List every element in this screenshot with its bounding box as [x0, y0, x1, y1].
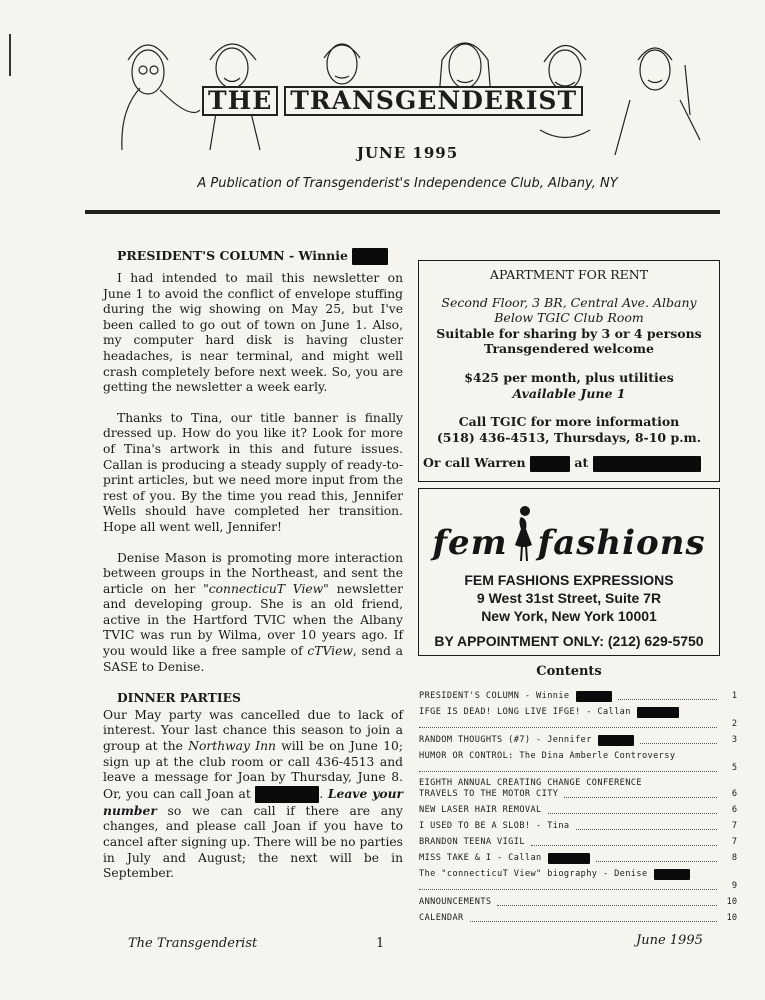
issue-date: JUNE 1995: [0, 144, 765, 162]
apartment-for-rent-ad: APARTMENT FOR RENT Second Floor, 3 BR, C…: [418, 260, 720, 482]
toc-item[interactable]: NEW LASER HAIR REMOVAL6: [419, 804, 737, 816]
toc-item[interactable]: RANDOM THOUGHTS (#7) - Jennifer3: [419, 734, 737, 746]
toc-item[interactable]: The "connecticuT View" biography - Denis…: [419, 868, 737, 892]
rent-price: $425 per month, plus utilities: [419, 370, 719, 386]
tgic-phone: (518) 436-4513, Thursdays, 8-10 p.m.: [419, 430, 719, 446]
redacted-name: [637, 707, 679, 718]
toc-item[interactable]: IFGE IS DEAD! LONG LIVE IFGE! - Callan 2: [419, 706, 737, 730]
toc-item[interactable]: PRESIDENT'S COLUMN - Winnie1: [419, 690, 737, 702]
footer-date: June 1995: [636, 933, 703, 948]
redacted-phone: [255, 786, 319, 803]
contents-title: Contents: [418, 664, 720, 679]
redacted-name: [352, 248, 388, 265]
table-of-contents: PRESIDENT'S COLUMN - Winnie1 IFGE IS DEA…: [419, 690, 737, 928]
redacted-name: [598, 735, 634, 746]
dinner-parties-heading: DINNER PARTIES: [117, 690, 403, 706]
redacted-name: [654, 869, 690, 880]
presidents-paragraph-1: I had intended to mail this newsletter o…: [103, 271, 403, 396]
binder-mark: [9, 34, 11, 76]
dinner-parties-text: Our May party was cancelled due to lack …: [103, 708, 403, 882]
publication-subtitle: A Publication of Transgenderist's Indepe…: [0, 176, 765, 191]
fem-fashions-ad: fem fashions FEM FASHIONS EXPRESSIONS 9 …: [418, 488, 720, 656]
address-line-1: 9 West 31st Street, Suite 7R: [419, 589, 719, 607]
presidents-paragraph-2: Thanks to Tina, our title banner is fina…: [103, 411, 403, 536]
toc-item[interactable]: HUMOR OR CONTROL: The Dina Amberle Contr…: [419, 750, 737, 774]
redacted-phone: [593, 456, 701, 472]
redacted-name: [548, 853, 590, 864]
toc-item[interactable]: BRANDON TEENA VIGIL7: [419, 836, 737, 848]
toc-item[interactable]: I USED TO BE A SLOB! - Tina7: [419, 820, 737, 832]
silhouette-figure-icon: [512, 505, 534, 563]
appointment-phone: BY APPOINTMENT ONLY: (212) 629-5750: [419, 633, 719, 649]
banner-word-transgenderist: TRANSGENDERIST: [284, 86, 583, 116]
toc-item[interactable]: EIGHTH ANNUAL CREATING CHANGE CONFERENCE…: [419, 778, 737, 800]
masthead-rule: [85, 210, 720, 214]
presidents-column-heading: PRESIDENT'S COLUMN - Winnie: [117, 248, 403, 265]
ad-title: APARTMENT FOR RENT: [419, 267, 719, 283]
redacted-name: [530, 456, 570, 472]
redacted-name: [576, 691, 612, 702]
left-column: PRESIDENT'S COLUMN - Winnie I had intend…: [103, 248, 403, 897]
business-name: FEM FASHIONS EXPRESSIONS: [419, 571, 719, 589]
footer-page-number: 1: [376, 936, 384, 951]
footer-publication: The Transgenderist: [128, 936, 257, 951]
presidents-paragraph-3: Denise Mason is promoting more interacti…: [103, 551, 403, 676]
toc-item[interactable]: CALENDAR10: [419, 912, 737, 924]
alt-contact: Or call Warren at: [419, 455, 719, 472]
title-banner: THE TRANSGENDERIST: [202, 86, 632, 116]
toc-item[interactable]: MISS TAKE & I - Callan8: [419, 852, 737, 864]
address-line-2: New York, New York 10001: [419, 607, 719, 625]
banner-word-the: THE: [202, 86, 278, 116]
masthead: THE TRANSGENDERIST: [110, 30, 710, 160]
fem-fashions-logo: fem fashions: [419, 505, 719, 563]
toc-item[interactable]: ANNOUNCEMENTS10: [419, 896, 737, 908]
